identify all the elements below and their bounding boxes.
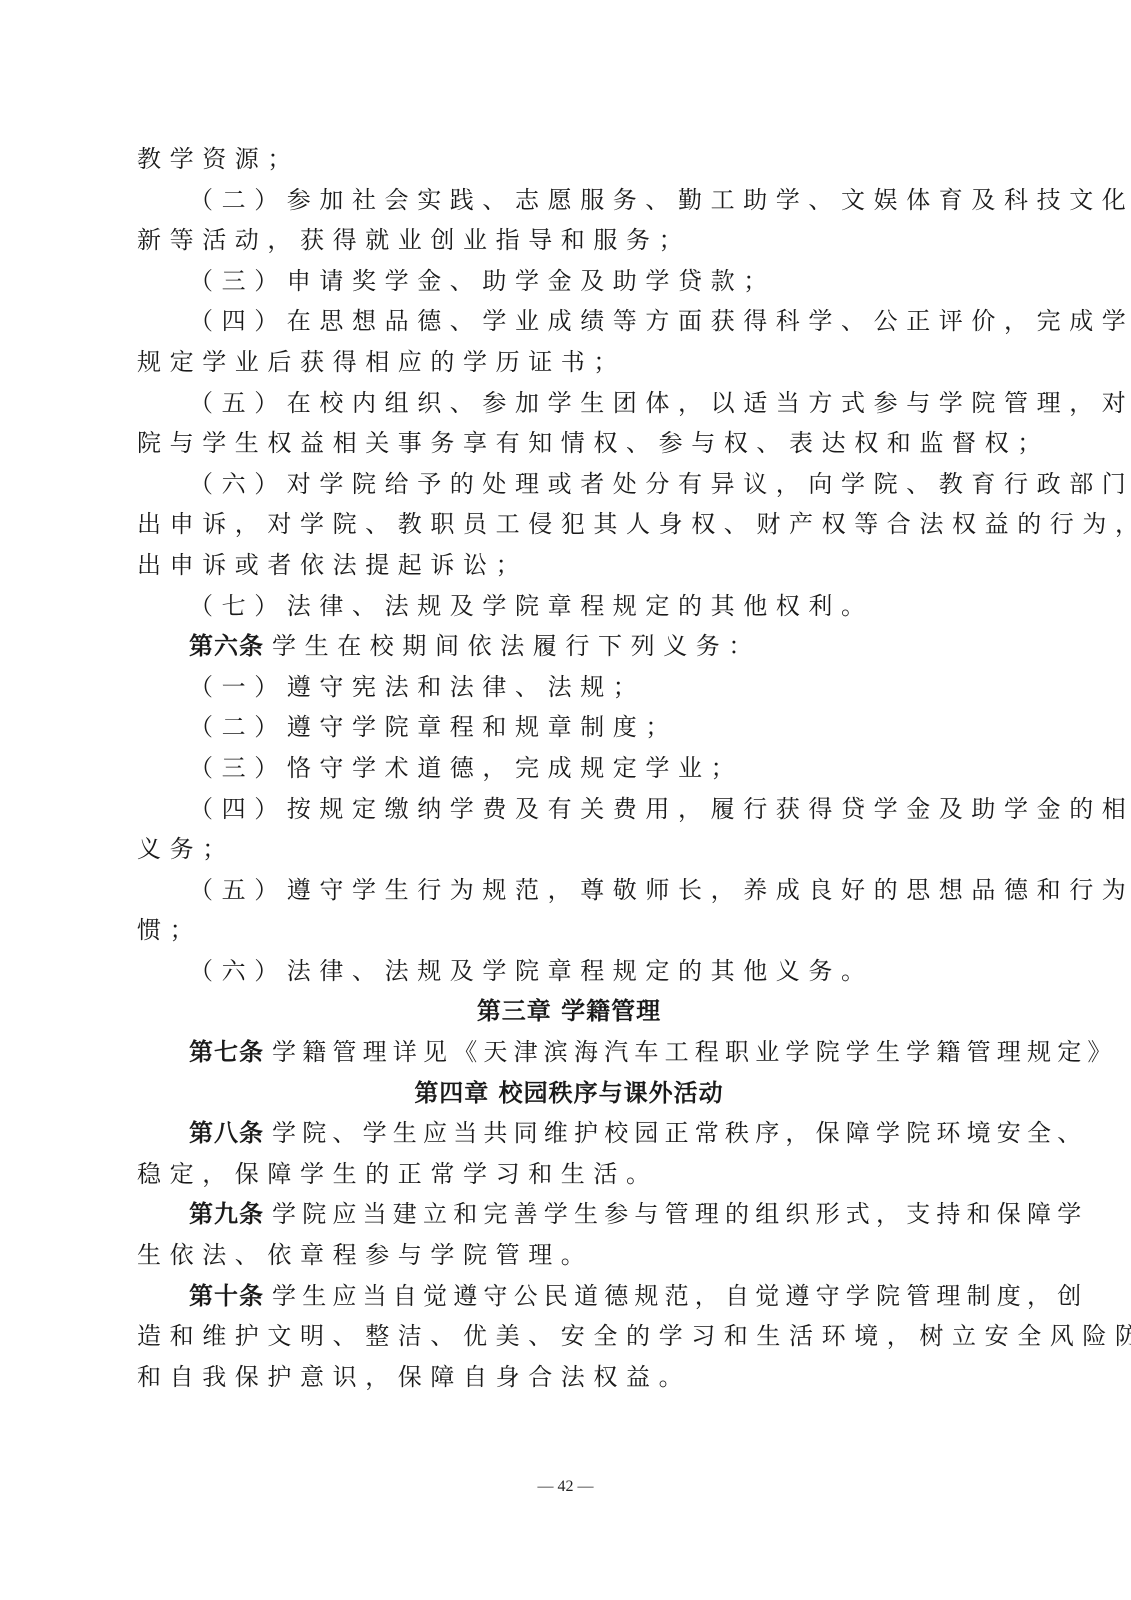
article-paragraph: 第七条学籍管理详见《天津滨海汽车工程职业学院学生学籍管理规定》 [137,1032,993,1073]
paragraph-continuation: 义务； [137,829,993,870]
article-text: 学生应当自觉遵守公民道德规范，自觉遵守学院管理制度，创 [272,1282,1087,1310]
article-label: 第八条 [189,1119,264,1147]
list-item: （五）遵守学生行为规范，尊敬师长，养成良好的思想品德和行为习 [137,870,993,911]
article-label: 第九条 [189,1200,264,1228]
paragraph-continuation: 出申诉或者依法提起诉讼； [137,545,993,586]
list-item: （二）遵守学院章程和规章制度； [137,707,993,748]
paragraph-continuation: 教学资源； [137,139,993,180]
article-text: 学生在校期间依法履行下列义务： [272,632,761,660]
paragraph-continuation: 出申诉，对学院、教职员工侵犯其人身权、财产权等合法权益的行为，提 [137,504,993,545]
article-paragraph: 第六条学生在校期间依法履行下列义务： [137,626,993,667]
page-number: — 42 — [0,1478,1131,1496]
paragraph-continuation: 院与学生权益相关事务享有知情权、参与权、表达权和监督权； [137,423,993,464]
article-paragraph: 第八条学院、学生应当共同维护校园正常秩序，保障学院环境安全、 [137,1113,993,1154]
article-text: 学院、学生应当共同维护校园正常秩序，保障学院环境安全、 [272,1119,1087,1147]
article-text: 学籍管理详见《天津滨海汽车工程职业学院学生学籍管理规定》 [272,1038,1118,1066]
paragraph-continuation: 规定学业后获得相应的学历证书； [137,342,993,383]
paragraph-continuation: 生依法、依章程参与学院管理。 [137,1235,993,1276]
list-item: （四）在思想品德、学业成绩等方面获得科学、公正评价，完成学院 [137,301,993,342]
list-item: （三）申请奖学金、助学金及助学贷款； [137,261,993,302]
article-paragraph: 第十条学生应当自觉遵守公民道德规范，自觉遵守学院管理制度，创 [137,1276,993,1317]
document-body: 教学资源；（二）参加社会实践、志愿服务、勤工助学、文娱体育及科技文化创新等活动，… [137,139,993,1397]
paragraph-continuation: 和自我保护意识，保障自身合法权益。 [137,1357,993,1398]
list-item: （六）对学院给予的处理或者处分有异议，向学院、教育行政部门提 [137,464,993,505]
chapter-heading: 第三章 学籍管理 [137,991,993,1032]
paragraph-continuation: 惯； [137,910,993,951]
article-label: 第六条 [189,632,264,660]
list-item: （一）遵守宪法和法律、法规； [137,667,993,708]
article-label: 第七条 [189,1038,264,1066]
paragraph-continuation: 造和维护文明、整洁、优美、安全的学习和生活环境，树立安全风险防范 [137,1316,993,1357]
chapter-heading: 第四章 校园秩序与课外活动 [137,1073,993,1114]
list-item: （六）法律、法规及学院章程规定的其他义务。 [137,951,993,992]
article-paragraph: 第九条学院应当建立和完善学生参与管理的组织形式，支持和保障学 [137,1194,993,1235]
list-item: （二）参加社会实践、志愿服务、勤工助学、文娱体育及科技文化创 [137,180,993,221]
article-label: 第十条 [189,1282,264,1310]
list-item: （七）法律、法规及学院章程规定的其他权利。 [137,586,993,627]
list-item: （三）恪守学术道德，完成规定学业； [137,748,993,789]
paragraph-continuation: 新等活动，获得就业创业指导和服务； [137,220,993,261]
list-item: （五）在校内组织、参加学生团体，以适当方式参与学院管理，对学 [137,383,993,424]
paragraph-continuation: 稳定，保障学生的正常学习和生活。 [137,1154,993,1195]
list-item: （四）按规定缴纳学费及有关费用，履行获得贷学金及助学金的相应 [137,789,993,830]
document-page: 教学资源；（二）参加社会实践、志愿服务、勤工助学、文娱体育及科技文化创新等活动，… [0,0,1131,1600]
article-text: 学院应当建立和完善学生参与管理的组织形式，支持和保障学 [272,1200,1087,1228]
